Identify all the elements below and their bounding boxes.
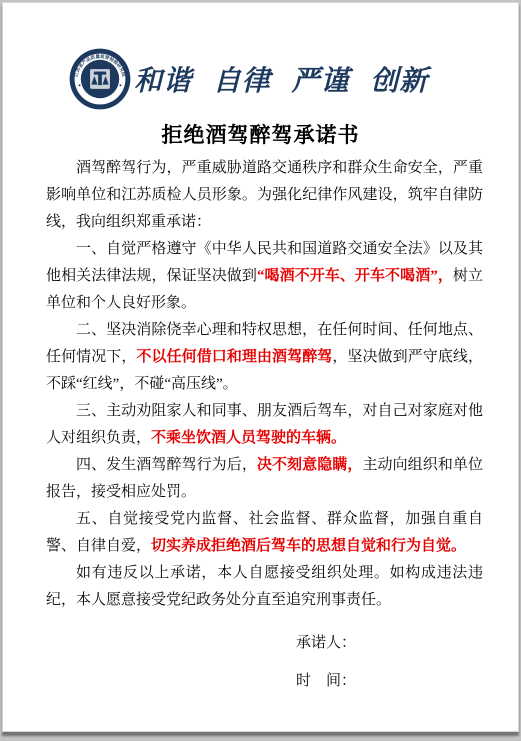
highlighted-text: 不以任何借口和理由酒驾醉驾 — [136, 349, 332, 365]
body-paragraph-item5: 五、自觉接受党内监督、社会监督、群众监督，加强自重自警、自律自爱，切实养成拒绝酒… — [46, 506, 483, 560]
signer-label: 承诺人： — [296, 624, 483, 662]
body-paragraph-closing: 如有违反以上承诺，本人自愿接受组织处理。如构成违法违纪，本人愿意接受党纪政务处分… — [46, 560, 483, 614]
document-title: 拒绝酒驾醉驾承诺书 — [3, 119, 518, 149]
logo-right-dot — [119, 84, 121, 86]
body-paragraph-item1: 一、自觉严格遵守《中华人民共和国道路交通安全法》以及其他相关法律法规，保证坚决做… — [46, 236, 483, 317]
institute-logo: 江苏省产品质量监督检验研究院 JSQI — [69, 48, 131, 110]
text-segment: 四、发生酒驾醉驾行为后， — [76, 457, 257, 473]
logo-left-dot — [79, 84, 81, 86]
signature-block: 承诺人： 时 间： — [296, 624, 483, 700]
highlighted-text: 切实养成拒绝酒后驾车的思想自觉和行为自觉。 — [151, 538, 466, 554]
text-segment: 如有违反以上承诺，本人自愿接受组织处理。如构成违法违纪，本人愿意接受党纪政务处分… — [46, 565, 483, 608]
body-paragraph-item4: 四、发生酒驾醉驾行为后，决不刻意隐瞒，主动向组织和单位报告，接受相应处罚。 — [46, 452, 483, 506]
date-label: 时 间： — [296, 662, 483, 700]
document-page: 江苏省产品质量监督检验研究院 JSQI 和谐 自律 严谨 创新 拒绝酒驾醉驾承诺… — [2, 2, 519, 732]
body-paragraph-intro: 酒驾醉驾行为，严重威胁道路交通秩序和群众生命安全，严重影响单位和江苏质检人员形象… — [46, 155, 483, 236]
highlighted-text: “喝酒不开车、开车不喝酒”， — [257, 268, 453, 284]
slogan-calligraphy: 和谐 自律 严谨 创新 — [134, 59, 464, 99]
scales-emblem — [90, 69, 110, 89]
body-paragraph-item3: 三、主动劝阻家人和同事、朋友酒后驾车，对自己对家庭对他人对组织负责，不乘坐饮酒人… — [46, 398, 483, 452]
highlighted-text: 不乘坐饮酒人员驾驶的车辆。 — [151, 430, 346, 446]
highlighted-text: 决不刻意隐瞒， — [257, 457, 363, 473]
body-paragraph-item2: 二、坚决消除侥幸心理和特权思想，在任何时间、任何地点、任何情况下，不以任何借口和… — [46, 317, 483, 398]
document-body: 酒驾醉驾行为，严重威胁道路交通秩序和群众生命安全，严重影响单位和江苏质检人员形象… — [46, 155, 483, 700]
document-canvas: 江苏省产品质量监督检验研究院 JSQI 和谐 自律 严谨 创新 拒绝酒驾醉驾承诺… — [0, 0, 521, 741]
text-segment: 酒驾醉驾行为，严重威胁道路交通秩序和群众生命安全，严重影响单位和江苏质检人员形象… — [46, 160, 483, 230]
